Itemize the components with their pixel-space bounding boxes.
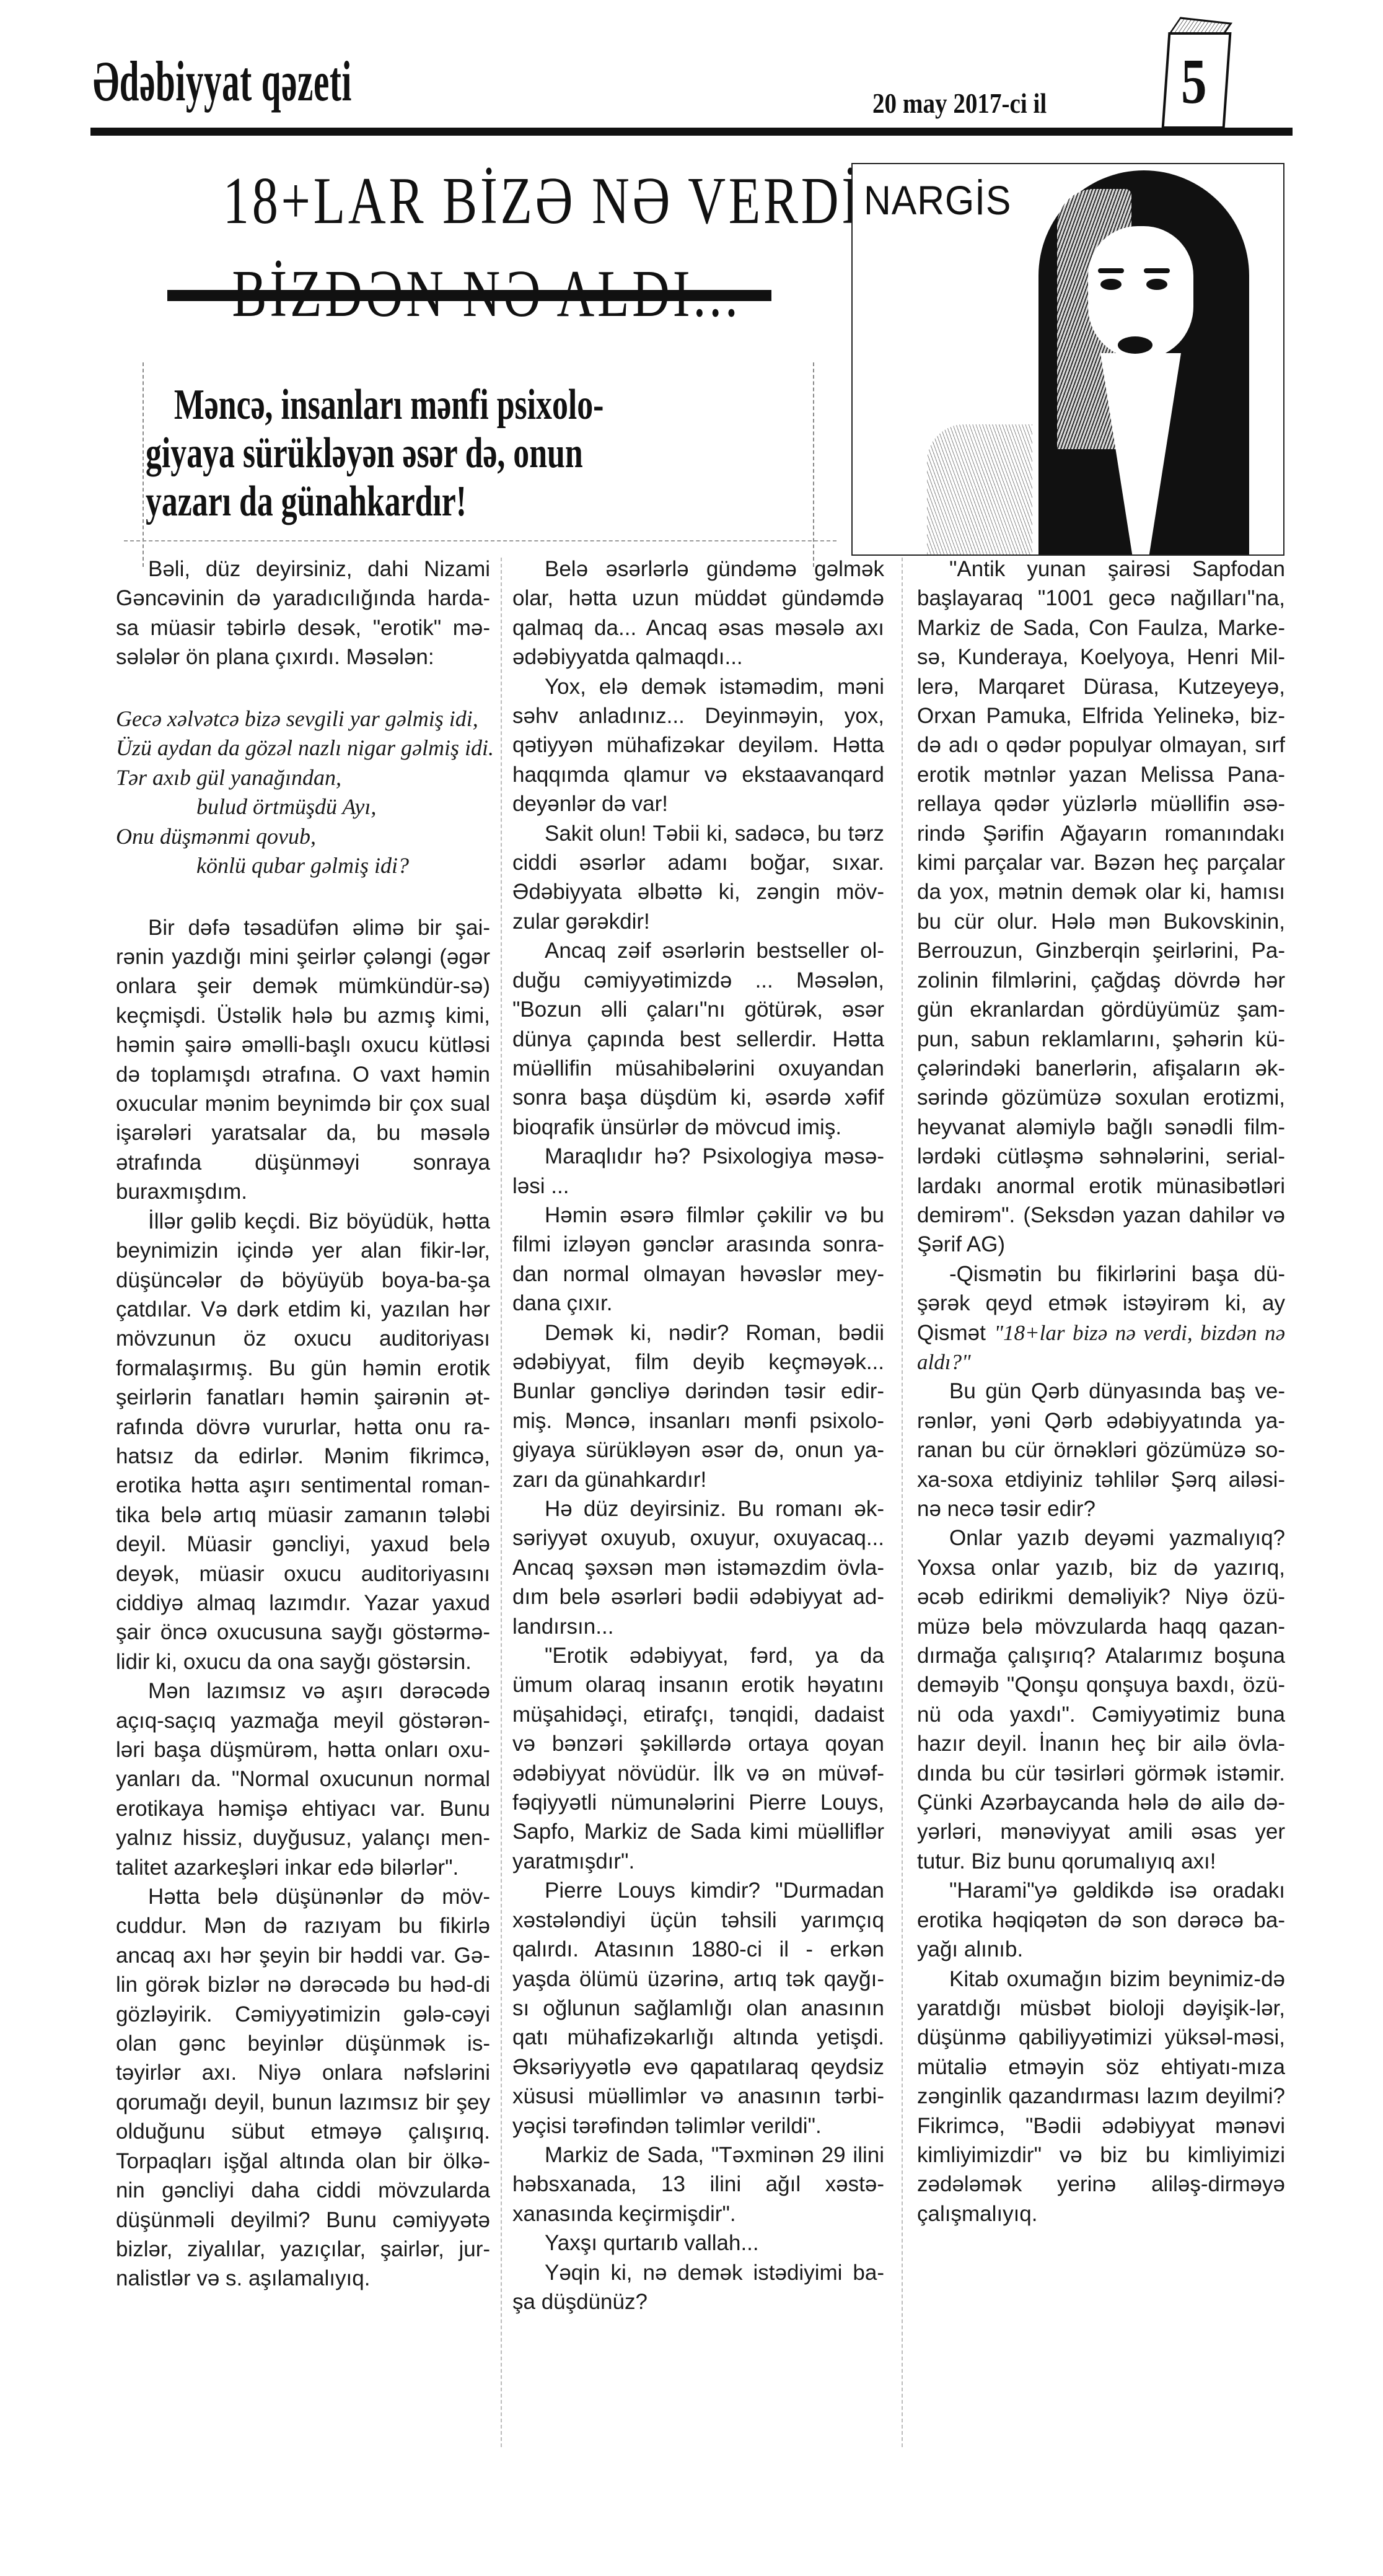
issue-date: 20 may 2017-ci il: [872, 87, 1047, 120]
photo-shoulder-shape: [927, 424, 1032, 556]
paragraph: Ancaq zəif əsərlərin bestseller ol-duğu …: [512, 936, 884, 1142]
paragraph: Mən lazımsız və aşırı dərəcədə açıq-saçı…: [116, 1676, 490, 1882]
paragraph: Hə düz deyirsiniz. Bu romanı ək-səriyyət…: [512, 1494, 884, 1641]
poem-line: bulud örtmüşdü Ayı,: [116, 792, 490, 822]
paragraph: Yəqin ki, nə demək istədiyimi ba-şa düşd…: [512, 2258, 884, 2317]
photo-eye-right: [1146, 279, 1167, 290]
paragraph: Hətta belə düşünənlər də möv-cuddur. Mən…: [116, 1882, 490, 2293]
paragraph: İllər gəlib keçdi. Biz böyüdük, hətta be…: [116, 1207, 490, 1677]
column-divider: [501, 558, 502, 2447]
paragraph: Pierre Louys kimdir? "Durmadan xəstələnd…: [512, 1876, 884, 2140]
article-headline: 18+LAR BİZƏ NƏ VERDİ, BİZDƏN NƏ ALDI...: [223, 155, 750, 341]
paragraph: "Harami"yə gəldikdə isə oradakı erotika …: [917, 1876, 1285, 1964]
paragraph: "Antik yunan şairəsi Sapfodan başlayaraq…: [917, 554, 1285, 1260]
paragraph: Kitab oxumağın bizim beynimiz-də yaratdı…: [917, 1965, 1285, 2229]
paragraph: Yox, elə demək istəmədim, məni səhv anla…: [512, 672, 884, 819]
paragraph: -Qismətin bu fikirlərini başa dü-şərək q…: [917, 1260, 1285, 1377]
page-number: 5: [1181, 45, 1207, 118]
pullquote: Məncə, insanları mənfi psixolo- giyaya s…: [146, 381, 641, 526]
newspaper-title: Ədəbiyyat qəzeti: [93, 48, 352, 114]
poem-line: Üzü aydan da gözəl nazlı nigar gəlmiş id…: [116, 734, 490, 763]
poem-line: Onu düşmənmi qovub,: [116, 822, 490, 852]
photo-lips: [1118, 336, 1152, 354]
author-photo: NARGİS: [851, 163, 1284, 556]
paragraph: "Erotik ədəbiyyat, fərd, ya da ümum olar…: [512, 1641, 884, 1876]
paragraph: Bəli, düz deyirsiniz, dahi Nizami Gəncəv…: [116, 554, 490, 672]
photo-eye-left: [1100, 279, 1122, 290]
article-column-2: Belə əsərlərlə gündəmə gəlmək olar, hətt…: [512, 554, 884, 2316]
poem-quote: Gecə xəlvətcə bizə sevgili yar gəlmiş id…: [116, 704, 490, 881]
paragraph: Bir dəfə təsadüfən əlimə bir şai-rənin y…: [116, 913, 490, 1207]
article-column-1: Bəli, düz deyirsiniz, dahi Nizami Gəncəv…: [116, 554, 490, 2293]
article-column-3: "Antik yunan şairəsi Sapfodan başlayaraq…: [917, 554, 1285, 2228]
paragraph: Yaxşı qurtarıb vallah...: [512, 2228, 884, 2258]
headline-underline: [167, 290, 771, 301]
paragraph: Maraqlıdır hə? Psixologiya məsə-ləsi ...: [512, 1142, 884, 1201]
photo-brow-left: [1098, 268, 1124, 273]
column-divider: [902, 558, 903, 2447]
paragraph: Həmin əsərə filmlər çəkilir və bu filmi …: [512, 1201, 884, 1318]
headline-line-1: 18+LAR BİZƏ NƏ VERDİ,: [223, 155, 750, 248]
pullquote-line: yazarı da günahkardır!: [146, 478, 641, 526]
paragraph: Onlar yazıb deyəmi yazmalıyıq? Yoxsa onl…: [917, 1523, 1285, 1876]
pullquote-line: giyaya sürükləyən əsər də, onun: [146, 429, 641, 478]
paragraph: Markiz de Sada, "Təxminən 29 ilini həbsx…: [512, 2140, 884, 2228]
poem-line: Gecə xəlvətcə bizə sevgili yar gəlmiş id…: [116, 704, 490, 734]
masthead-divider: [90, 128, 1293, 136]
photo-brow-right: [1144, 268, 1170, 273]
paragraph: Belə əsərlərlə gündəmə gəlmək olar, hətt…: [512, 554, 884, 672]
photo-brand-label: NARGİS: [864, 177, 1011, 224]
poem-line: könlü qubar gəlmiş idi?: [116, 851, 490, 881]
poem-line: Tər axıb gül yanağından,: [116, 763, 490, 793]
paragraph: Sakit olun! Təbii ki, sadəcə, bu tərz ci…: [512, 819, 884, 937]
pullquote-line: Məncə, insanları mənfi psixolo-: [146, 381, 641, 429]
paragraph: Bu gün Qərb dünyasında baş ve-rənlər, yə…: [917, 1377, 1285, 1523]
paragraph: Demək ki, nədir? Roman, bədii ədəbiyyat,…: [512, 1318, 884, 1494]
pullquote-divider: [124, 540, 836, 541]
